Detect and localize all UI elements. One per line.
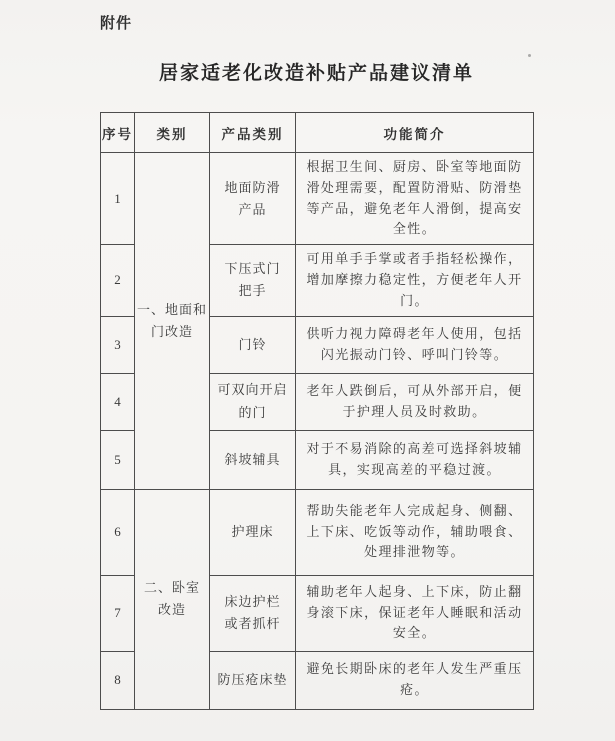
product-cell: 床边护栏 或者抓杆: [210, 575, 296, 651]
description-cell: 对于不易消除的高差可选择斜坡辅具，实现高差的平稳过渡。: [296, 430, 534, 489]
product-cell: 斜坡辅具: [210, 430, 296, 489]
product-cell: 可双向开启 的门: [210, 373, 296, 430]
description-cell: 辅助老年人起身、上下床，防止翻身滚下床，保证老年人睡眠和活动安全。: [296, 575, 534, 651]
serial-cell: 8: [101, 651, 135, 709]
serial-cell: 6: [101, 489, 135, 575]
header-row: 序号 类别 产品类别 功能简介: [101, 113, 534, 153]
description-cell: 供听力视力障碍老年人使用，包括闪光振动门铃、呼叫门铃等。: [296, 316, 534, 373]
document-page: 附件 居家适老化改造补贴产品建议清单 序号 类别 产品类别 功能简介 1 一、地…: [0, 0, 615, 741]
category-cell-floor-door: 一、地面和 门改造: [135, 153, 210, 490]
serial-cell: 1: [101, 153, 135, 245]
description-cell: 帮助失能老年人完成起身、侧翻、上下床、吃饭等动作，辅助喂食、处理排泄物等。: [296, 489, 534, 575]
column-header-product-type: 产品类别: [210, 113, 296, 153]
scanned-content: 附件 居家适老化改造补贴产品建议清单 序号 类别 产品类别 功能简介 1 一、地…: [0, 0, 615, 741]
table-row: 6 二、卧室 改造 护理床 帮助失能老年人完成起身、侧翻、上下床、吃饭等动作，辅…: [101, 489, 534, 575]
attachment-label: 附件: [100, 12, 132, 33]
category-cell-bedroom: 二、卧室 改造: [135, 489, 210, 709]
product-cell: 防压疮床垫: [210, 651, 296, 709]
page-title: 居家适老化改造补贴产品建议清单: [70, 58, 563, 85]
description-cell: 根据卫生间、厨房、卧室等地面防滑处理需要，配置防滑贴、防滑垫等产品，避免老年人滑…: [296, 153, 534, 245]
product-cell: 下压式门 把手: [210, 245, 296, 316]
serial-cell: 2: [101, 245, 135, 316]
product-cell: 护理床: [210, 489, 296, 575]
description-cell: 可用单手手掌或者手指轻松操作，增加摩擦力稳定性，方便老年人开门。: [296, 245, 534, 316]
description-cell: 老年人跌倒后，可从外部开启，便于护理人员及时救助。: [296, 373, 534, 430]
column-header-function: 功能简介: [296, 113, 534, 153]
product-cell: 地面防滑 产品: [210, 153, 296, 245]
column-header-serial: 序号: [101, 113, 135, 153]
column-header-category: 类别: [135, 113, 210, 153]
product-table: 序号 类别 产品类别 功能简介 1 一、地面和 门改造 地面防滑 产品 根据卫生…: [100, 112, 534, 710]
product-cell: 门铃: [210, 316, 296, 373]
serial-cell: 4: [101, 373, 135, 430]
table-row: 1 一、地面和 门改造 地面防滑 产品 根据卫生间、厨房、卧室等地面防滑处理需要…: [101, 153, 534, 245]
scan-artifact-dot: [528, 54, 531, 57]
serial-cell: 3: [101, 316, 135, 373]
serial-cell: 7: [101, 575, 135, 651]
description-cell: 避免长期卧床的老年人发生严重压疮。: [296, 651, 534, 709]
serial-cell: 5: [101, 430, 135, 489]
